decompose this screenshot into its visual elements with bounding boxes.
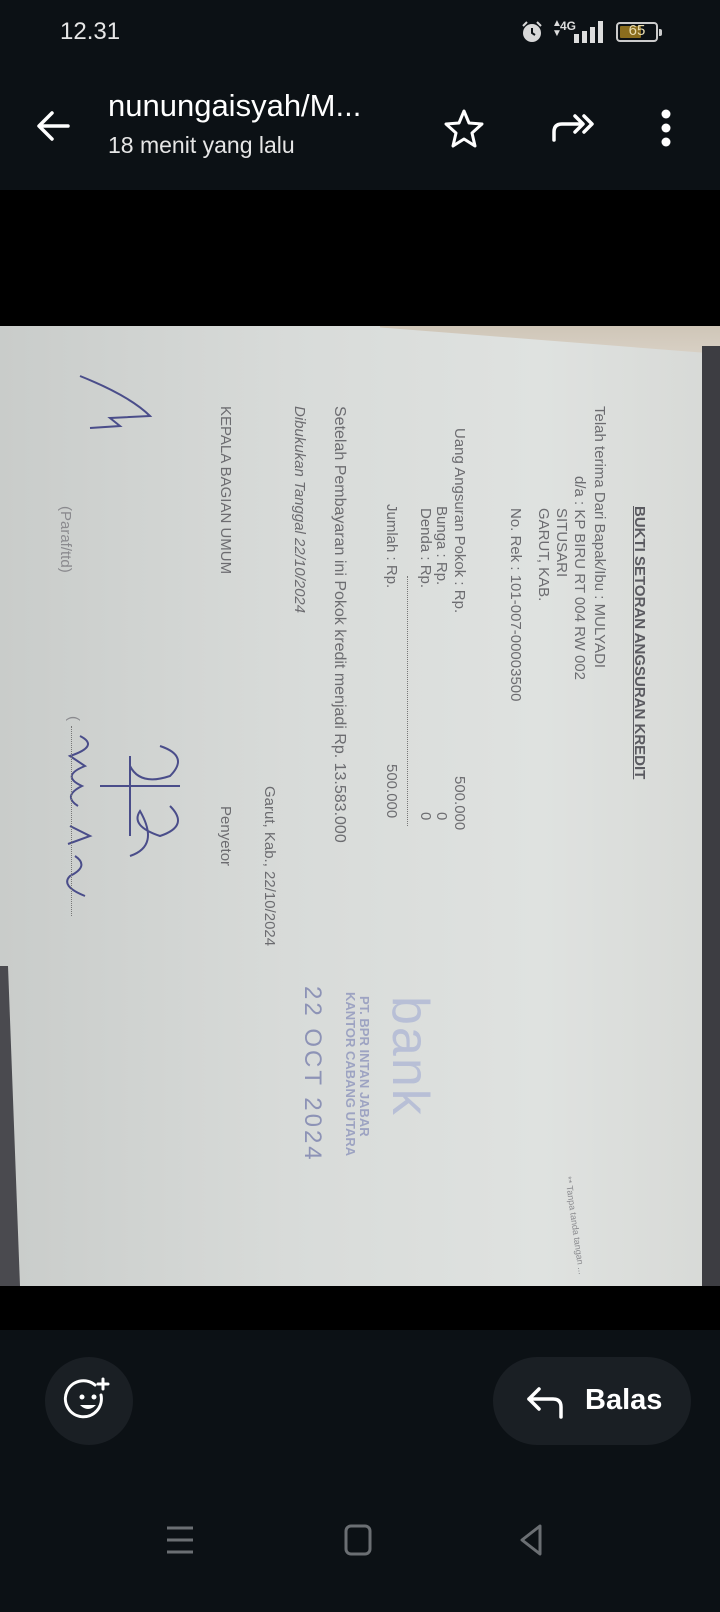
add-reaction-icon bbox=[45, 1357, 133, 1445]
place-date: Garut, Kab., 22/10/2024 bbox=[261, 786, 278, 946]
photo-background-edge bbox=[702, 346, 720, 1286]
interest-label: Bunga : Rp. bbox=[433, 506, 450, 585]
received-from-value: MULYADI bbox=[591, 604, 608, 668]
bank-stamp-logo: bank bbox=[380, 996, 440, 1117]
photo-background-edge bbox=[0, 966, 20, 1286]
interest-value: 0 bbox=[433, 812, 450, 820]
received-from-label: Telah terima Dari Bapak/Ibu : MULYADI bbox=[591, 406, 608, 668]
battery-icon: 65 bbox=[616, 22, 658, 42]
add-reaction-button[interactable] bbox=[45, 1357, 133, 1445]
signature-left bbox=[70, 356, 190, 556]
booked-date: Dibukukan Tanggal 22/10/2024 bbox=[291, 406, 308, 613]
address-line: GARUT, KAB. bbox=[535, 508, 552, 601]
back-arrow-icon[interactable] bbox=[32, 104, 76, 148]
penalty-label: Denda : Rp. bbox=[417, 508, 434, 588]
principal-value: 500.000 bbox=[451, 776, 468, 830]
system-nav-bar bbox=[0, 1500, 720, 1580]
address-line: d/a : KP BIRU RT 004 RW 002 bbox=[571, 476, 588, 680]
address-line: SITUSARI bbox=[553, 508, 570, 577]
photo-background bbox=[380, 326, 720, 354]
receipt-photo[interactable]: BUKTI SETORAN ANGSURAN KREDIT Telah teri… bbox=[0, 326, 720, 1286]
bank-stamp-line2: KANTOR CABANG UTARA bbox=[343, 992, 358, 1156]
penalty-value: 0 bbox=[417, 812, 434, 820]
receipt-heading: BUKTI SETORAN ANGSURAN KREDIT bbox=[631, 506, 648, 779]
signal-icon: ▲▼ 4G bbox=[552, 19, 602, 45]
reply-label: Balas bbox=[585, 1384, 662, 1417]
receipt-document: BUKTI SETORAN ANGSURAN KREDIT Telah teri… bbox=[50, 356, 670, 1236]
message-time: 18 menit yang lalu bbox=[108, 132, 295, 159]
image-viewer[interactable]: BUKTI SETORAN ANGSURAN KREDIT Telah teri… bbox=[0, 190, 720, 1340]
home-icon[interactable] bbox=[338, 1520, 378, 1560]
bank-stamp-line1: PT. BPR INTAN JABAR bbox=[357, 996, 372, 1137]
more-vert-icon[interactable] bbox=[652, 106, 680, 150]
reply-button[interactable]: Balas bbox=[493, 1357, 691, 1445]
paren-open: ( bbox=[65, 716, 82, 721]
nav-back-icon[interactable] bbox=[512, 1520, 552, 1560]
remaining-principal: Setelah Pembayaran ini Pokok kredit menj… bbox=[330, 406, 348, 843]
app-bar: nunungaisyah/M... 18 menit yang lalu bbox=[0, 64, 720, 190]
status-time: 12.31 bbox=[60, 18, 120, 46]
bank-stamp-date: 22 OCT 2024 bbox=[298, 986, 326, 1163]
battery-level: 65 bbox=[618, 22, 656, 39]
star-icon[interactable] bbox=[442, 106, 486, 150]
status-bar: 12.31 ▲▼ 4G 65 bbox=[0, 0, 720, 64]
total-value: 500.000 bbox=[383, 764, 400, 818]
chat-title[interactable]: nunungaisyah/M... bbox=[108, 88, 361, 124]
status-icons: ▲▼ 4G 65 bbox=[520, 17, 658, 47]
right-signatory: Penyetor bbox=[217, 806, 234, 866]
bottom-bar: Balas bbox=[0, 1330, 720, 1612]
network-type: 4G bbox=[560, 19, 576, 33]
signature-depositor bbox=[50, 726, 200, 926]
total-divider bbox=[407, 576, 408, 826]
left-signatory: KEPALA BAGIAN UMUM bbox=[217, 406, 234, 574]
footnote: ** Tanpa tanda tangan ... bbox=[563, 1176, 587, 1275]
alarm-icon bbox=[520, 20, 544, 44]
reply-icon bbox=[523, 1383, 567, 1423]
principal-label: Uang Angsuran Pokok : Rp. bbox=[451, 428, 468, 613]
forward-icon[interactable] bbox=[548, 104, 598, 148]
total-label: Jumlah : Rp. bbox=[383, 504, 400, 588]
account-number: No. Rek : 101-007-00003500 bbox=[507, 508, 524, 702]
recents-icon[interactable] bbox=[160, 1520, 200, 1560]
signature-line bbox=[71, 726, 72, 916]
